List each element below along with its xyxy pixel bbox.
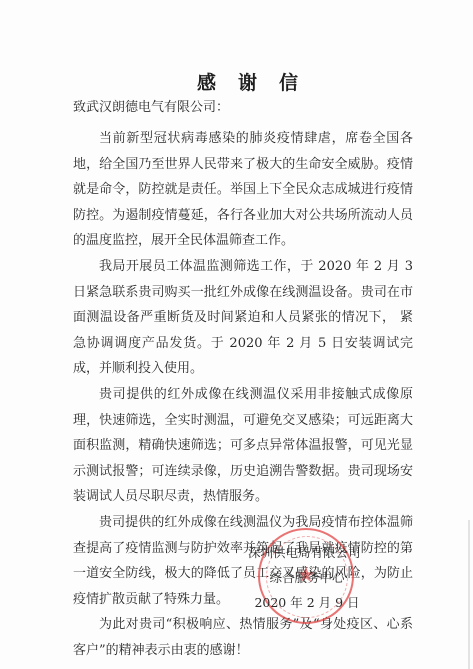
- paragraph: 当前新型冠状病毒感染的肺炎疫情肆虐，席卷全国各地，给全国乃至世界人民带来了极大的…: [73, 126, 413, 254]
- scan-edge: [468, 520, 470, 669]
- paragraph: 为此对贵司“积极响应、热情服务”及“身处疫区、心系客户”的精神表示由衷的感谢！: [73, 612, 413, 663]
- paragraph: 贵司提供的红外成像在线测温仪采用非接触式成像原理，快速筛选，全实时测温，可避免交…: [73, 382, 413, 510]
- paragraph: 我局开展员工体温监测筛选工作，于 2020 年 2 月 3 日紧急联系贵司购买一…: [73, 254, 413, 382]
- signature-department: 综合服务中心: [252, 565, 362, 590]
- signature-date: 2020 年 2 月 9 日: [252, 590, 362, 615]
- letter-body: 当前新型冠状病毒感染的肺炎疫情肆虐，席卷全国各地，给全国乃至世界人民带来了极大的…: [73, 126, 413, 663]
- paragraph: 贵司提供的红外成像在线测温仪为我局疫情布控体温筛查提高了疫情监测与防护效率并筑起…: [73, 510, 413, 612]
- signature-block: 深圳供电局有限公司 综合服务中心 2020 年 2 月 9 日: [252, 540, 362, 615]
- letter-title: 感谢信: [0, 68, 473, 95]
- signature-organization: 深圳供电局有限公司: [248, 540, 362, 565]
- salutation: 致武汉朗德电气有限公司：: [73, 96, 229, 115]
- letter-page: 感谢信 致武汉朗德电气有限公司： 当前新型冠状病毒感染的肺炎疫情肆虐，席卷全国各…: [0, 0, 473, 669]
